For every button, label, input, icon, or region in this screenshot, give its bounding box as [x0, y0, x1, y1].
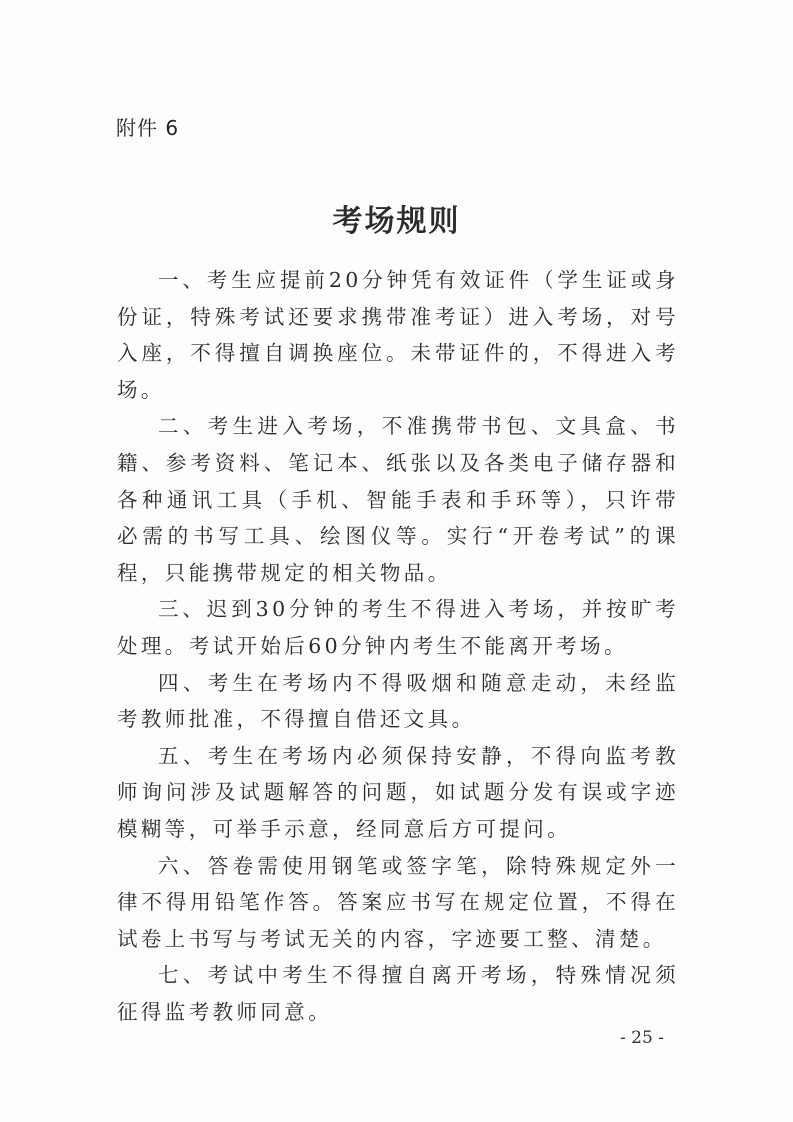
- rule-paragraph-5: 五、考生在考场内必须保持安静，不得向监考教师询问涉及试题解答的问题，如试题分发有…: [117, 738, 679, 848]
- rule-paragraph-1: 一、考生应提前20分钟凭有效证件（学生证或身份证，特殊考试还要求携带准考证）进入…: [117, 262, 679, 408]
- page-number: - 25 -: [620, 1028, 664, 1048]
- rule-paragraph-4: 四、考生在考场内不得吸烟和随意走动，未经监考教师批准，不得擅自借还文具。: [117, 665, 679, 738]
- rule-paragraph-6: 六、答卷需使用钢笔或签字笔，除特殊规定外一律不得用铅笔作答。答案应书写在规定位置…: [117, 848, 679, 958]
- attachment-label: 附件 6: [116, 112, 179, 141]
- rule-paragraph-3: 三、迟到30分钟的考生不得进入考场，并按旷考处理。考试开始后60分钟内考生不能离…: [117, 591, 679, 664]
- rules-body: 一、考生应提前20分钟凭有效证件（学生证或身份证，特殊考试还要求携带准考证）进入…: [117, 262, 679, 1030]
- rule-paragraph-2: 二、考生进入考场，不准携带书包、文具盒、书籍、参考资料、笔记本、纸张以及各类电子…: [117, 408, 679, 591]
- rule-paragraph-7: 七、考试中考生不得擅自离开考场，特殊情况须征得监考教师同意。: [117, 957, 679, 1030]
- page-title: 考场规则: [0, 196, 793, 240]
